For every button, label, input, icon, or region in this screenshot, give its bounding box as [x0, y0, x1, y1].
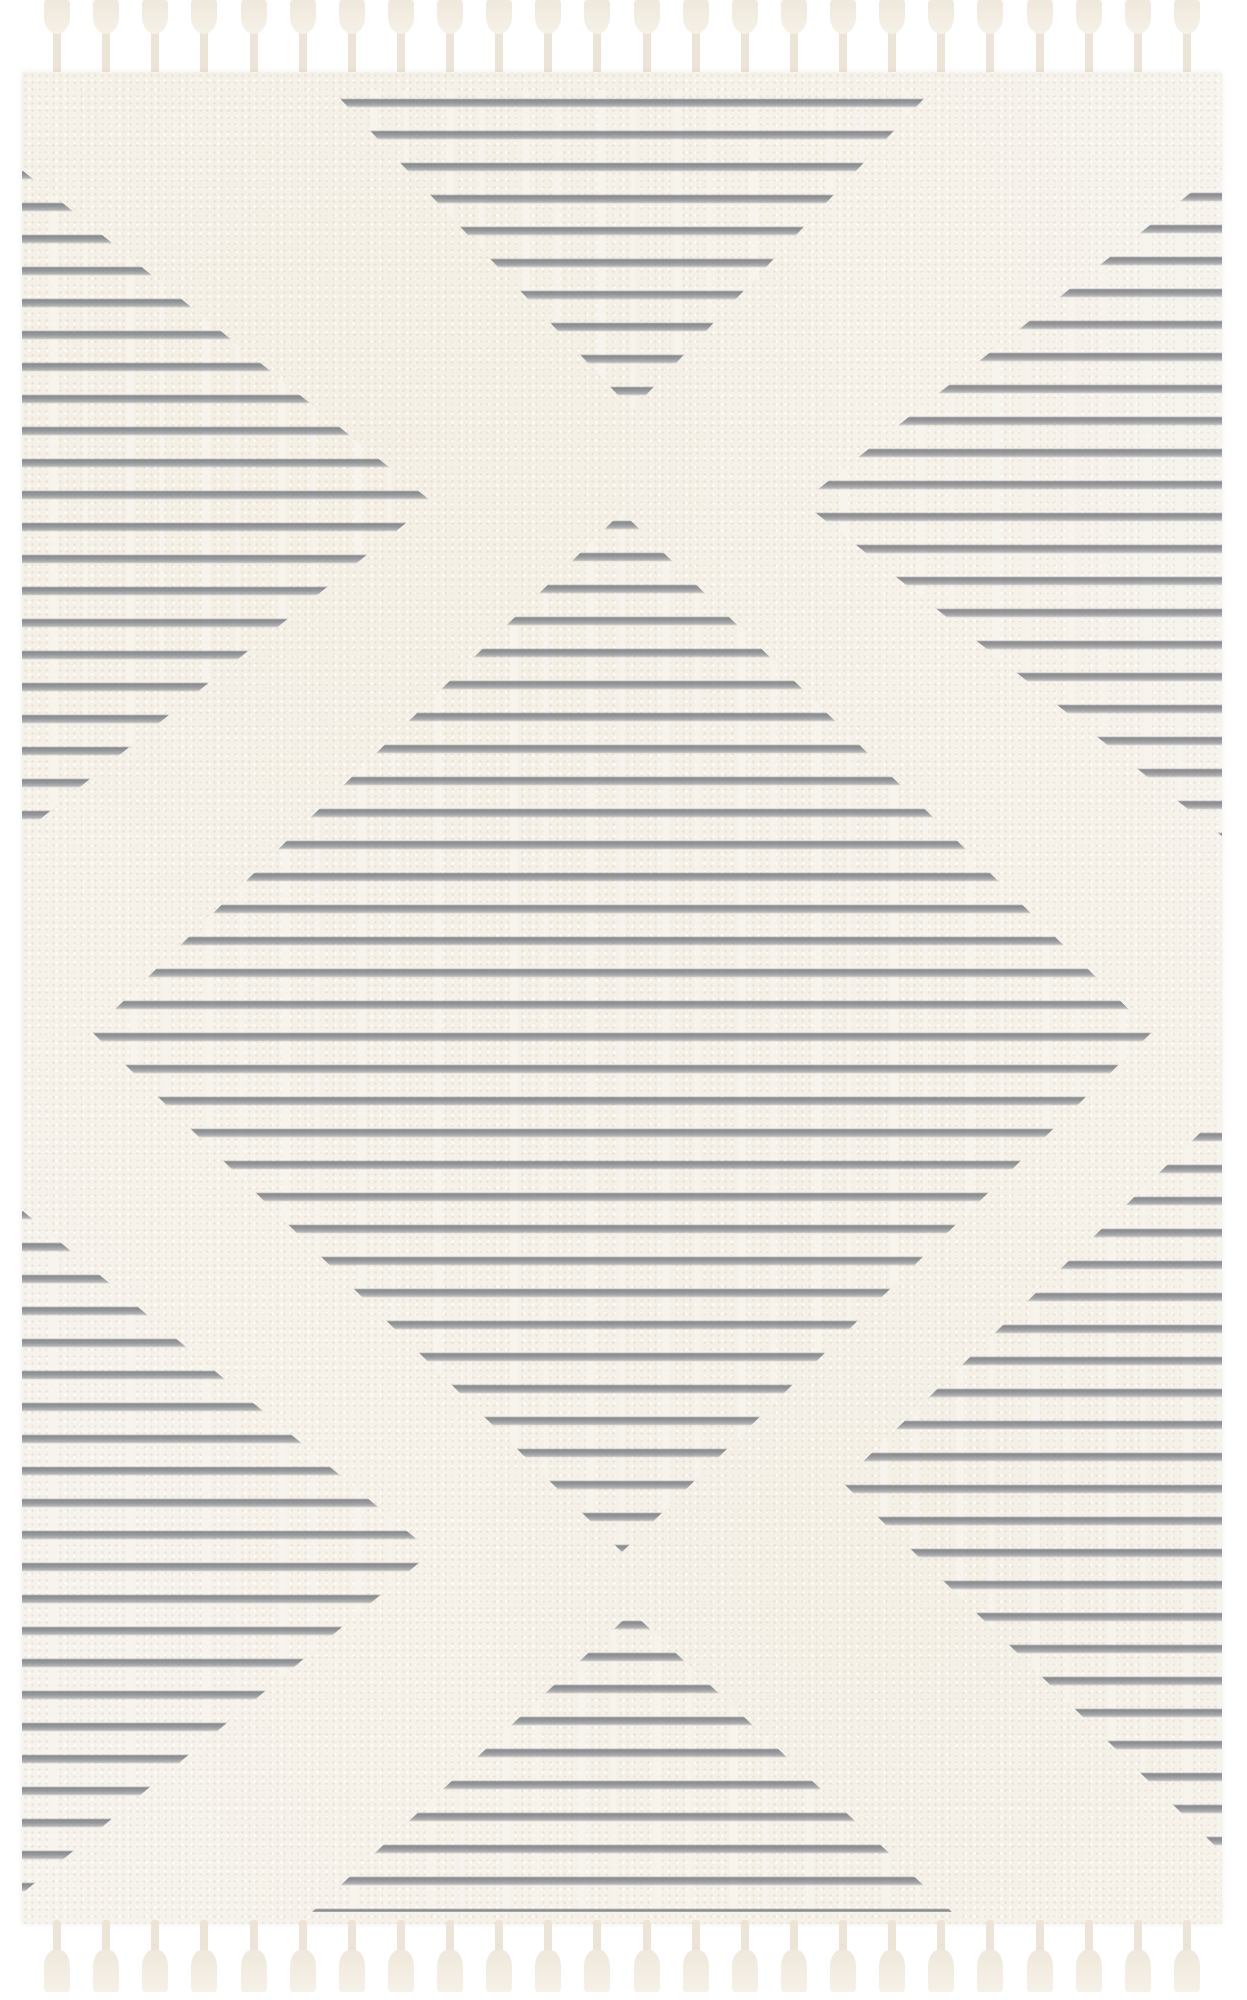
tassel	[40, 1920, 74, 2000]
tassel	[924, 0, 958, 80]
tassel	[1072, 1920, 1106, 2000]
tassel	[433, 0, 467, 80]
tassel	[728, 1920, 762, 2000]
tassel	[138, 1920, 172, 2000]
tassel	[679, 1920, 713, 2000]
tassel	[826, 1920, 860, 2000]
tassel	[384, 1920, 418, 2000]
tassel	[1121, 1920, 1155, 2000]
tassel	[875, 1920, 909, 2000]
top-center-motif	[332, 90, 932, 410]
tassel	[335, 1920, 369, 2000]
tassel	[973, 1920, 1007, 2000]
tassel	[433, 1920, 467, 2000]
tassel	[630, 0, 664, 80]
tassel	[630, 1920, 664, 2000]
tassel	[335, 0, 369, 80]
lower-left-motif	[22, 1202, 432, 1902]
tassel	[40, 0, 74, 80]
tassel	[187, 1920, 221, 2000]
tassel	[580, 0, 614, 80]
tassel	[1121, 0, 1155, 80]
tassel	[384, 0, 418, 80]
tassel	[237, 1920, 271, 2000]
tassel	[482, 1920, 516, 2000]
tassel	[924, 1920, 958, 2000]
tassel	[1023, 1920, 1057, 2000]
tassel	[777, 1920, 811, 2000]
tassel	[286, 1920, 320, 2000]
tassel	[1170, 1920, 1204, 2000]
bottom-fringe	[22, 1920, 1222, 2000]
top-fringe	[22, 0, 1222, 80]
tassel	[482, 0, 516, 80]
tassel	[826, 0, 860, 80]
rug-body	[22, 72, 1222, 1924]
tassel	[138, 0, 172, 80]
tassel	[679, 0, 713, 80]
tassel	[531, 1920, 565, 2000]
tassel	[237, 0, 271, 80]
tassel	[875, 0, 909, 80]
tassel	[531, 0, 565, 80]
tassel	[580, 1920, 614, 2000]
tassel	[89, 0, 123, 80]
tassel	[728, 0, 762, 80]
tassel	[973, 0, 1007, 80]
tassel	[187, 0, 221, 80]
tassel	[1023, 0, 1057, 80]
upper-left-motif	[22, 162, 432, 842]
tassel	[1072, 0, 1106, 80]
tassel	[1170, 0, 1204, 80]
tassel	[286, 0, 320, 80]
bottom-center-motif	[312, 1612, 952, 1912]
upper-right-motif	[802, 152, 1222, 852]
tassel	[777, 0, 811, 80]
tassel	[89, 1920, 123, 2000]
